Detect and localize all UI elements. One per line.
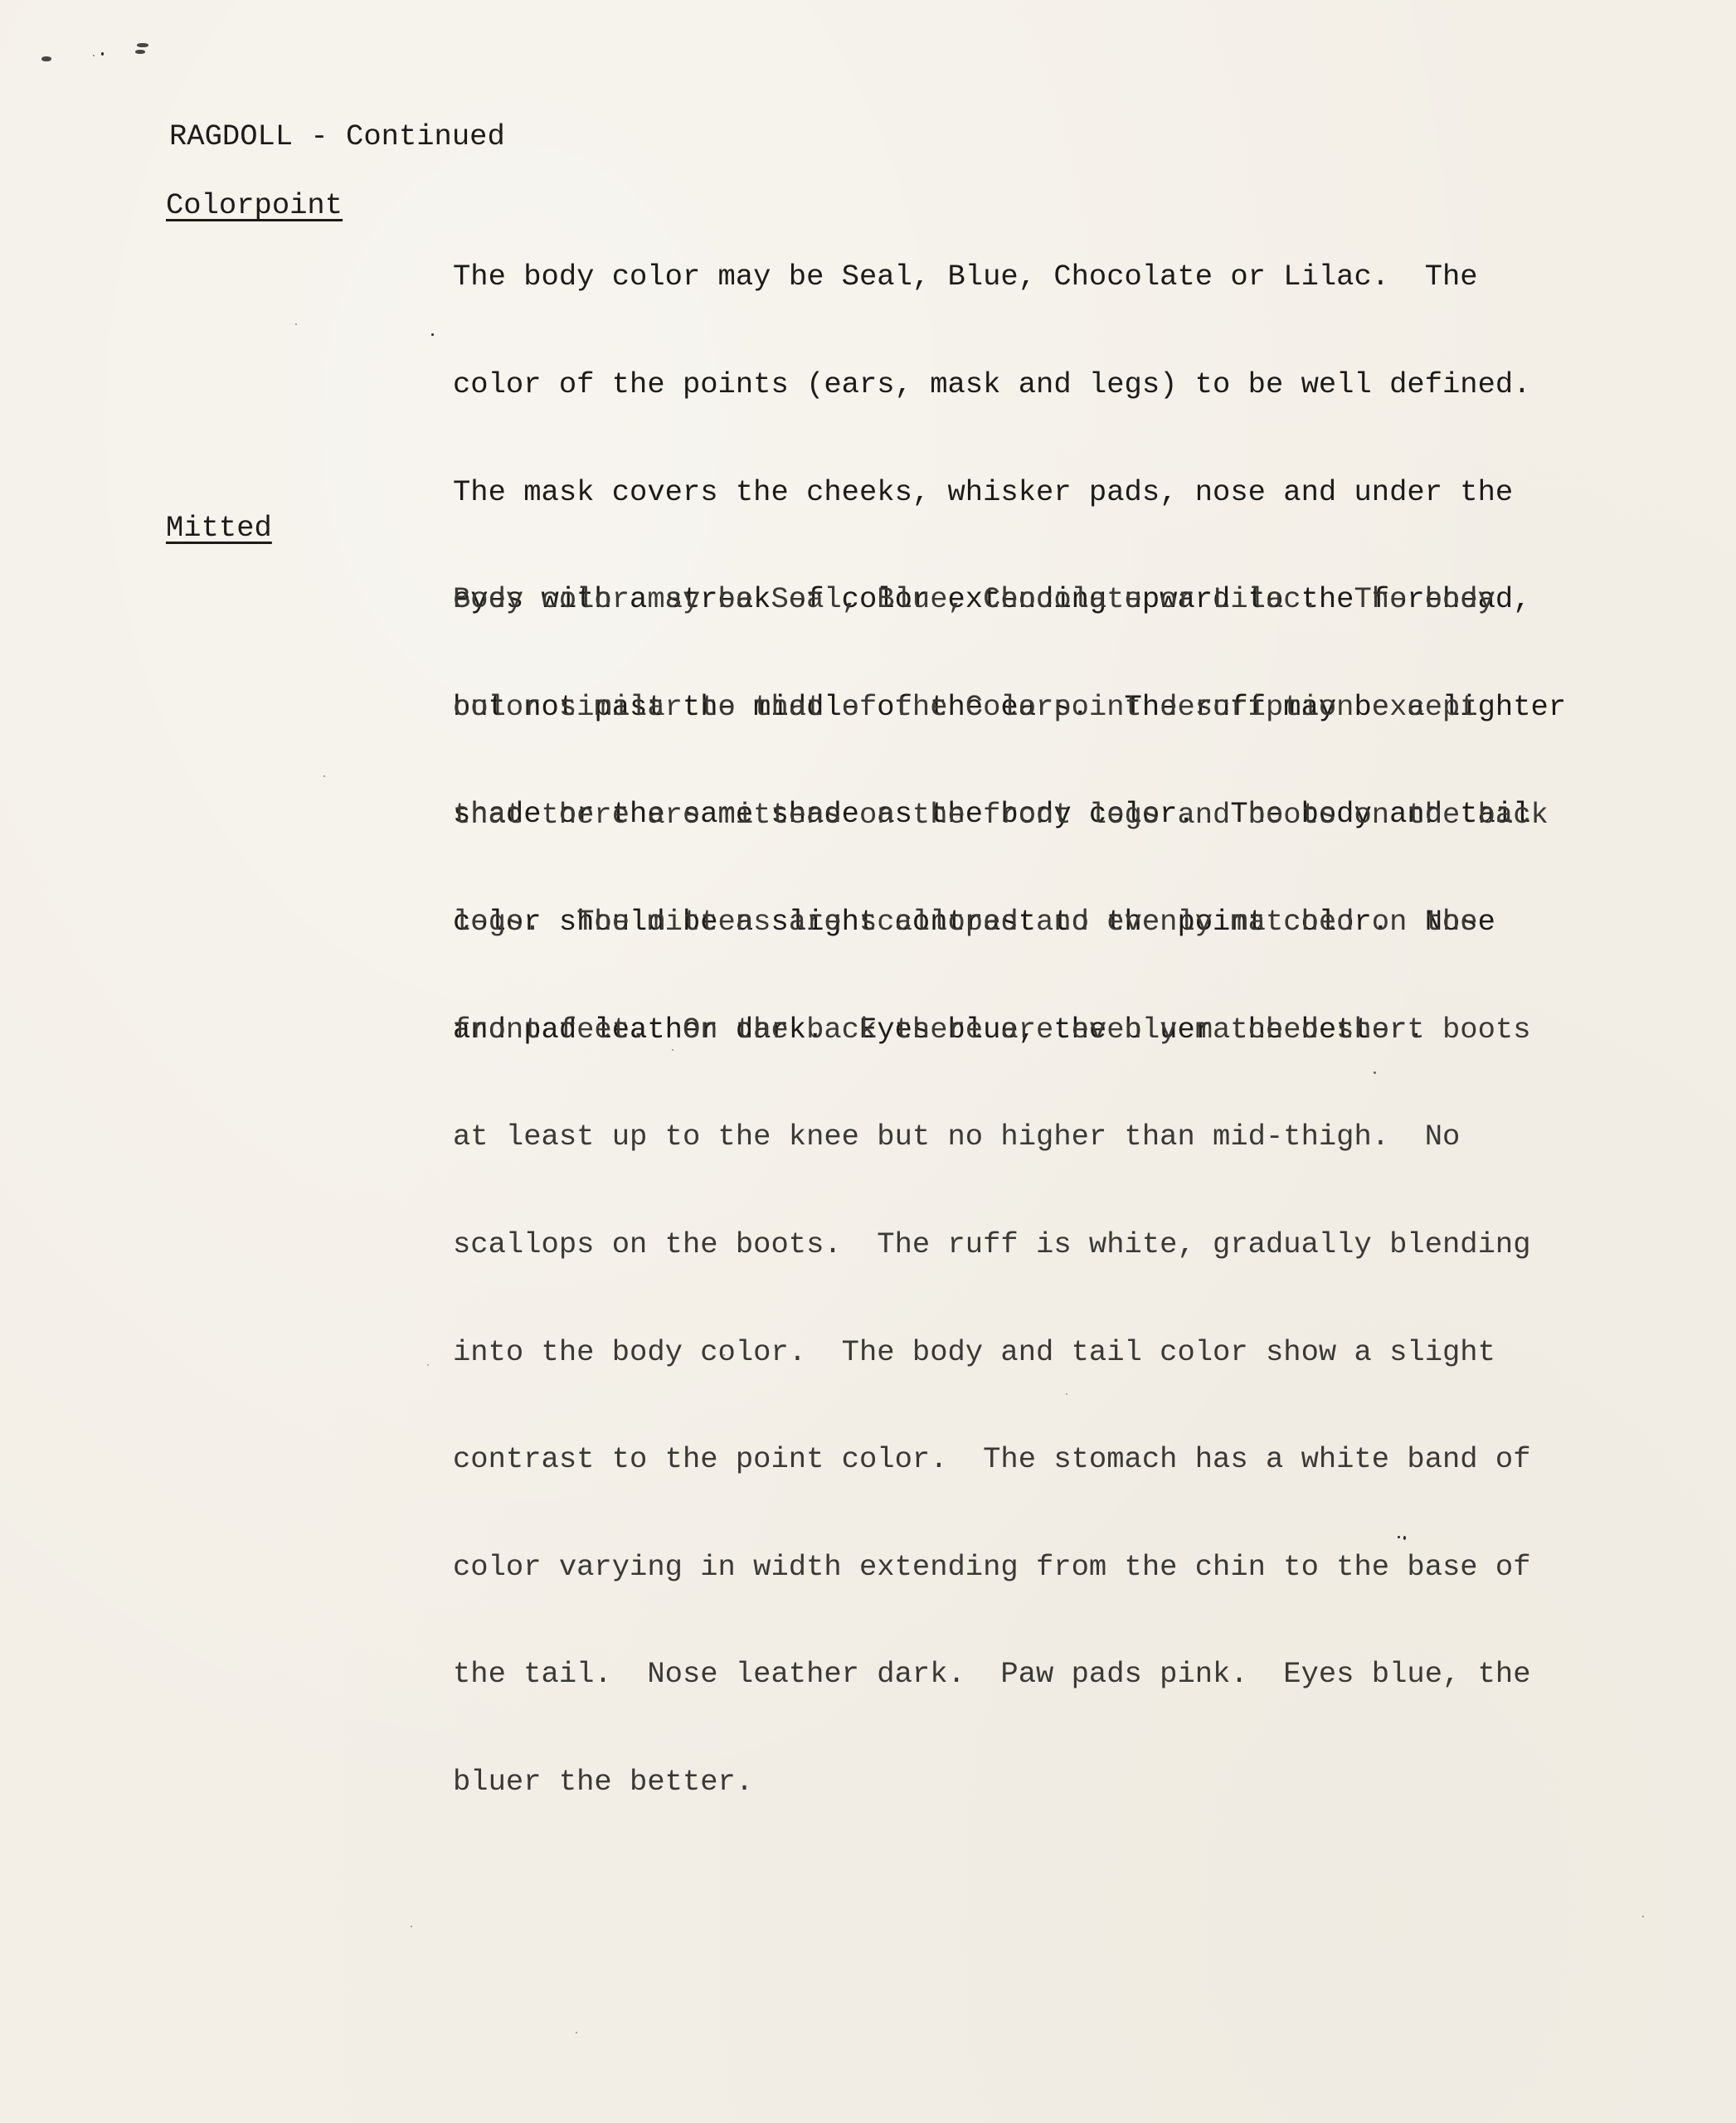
scan-speck: [1403, 1536, 1406, 1540]
scan-speck: [101, 52, 104, 56]
scan-speck: [323, 775, 325, 777]
text-line: legs. The mittens are scalloped and even…: [453, 904, 1549, 940]
scan-speck: [1066, 1393, 1067, 1395]
text-line: into the body color. The body and tail c…: [453, 1334, 1549, 1370]
text-line: The mask covers the cheeks, whisker pads…: [453, 474, 1566, 510]
scan-speck: [1642, 1916, 1644, 1917]
scan-speck: [1398, 1536, 1400, 1538]
scan-speck: [93, 55, 95, 56]
scan-smudge: [137, 43, 148, 47]
text-line: scallops on the boots. The ruff is white…: [453, 1227, 1549, 1262]
text-line: that there are mittens on the front legs…: [453, 797, 1549, 833]
scan-speck: [431, 333, 434, 336]
scan-speck: [411, 1926, 412, 1927]
text-line: the tail. Nose leather dark. Paw pads pi…: [453, 1656, 1549, 1692]
scan-speck: [672, 1049, 673, 1051]
scan-smudge: [135, 50, 145, 54]
scan-speck: [295, 323, 297, 325]
text-line: contrast to the point color. The stomach…: [453, 1441, 1549, 1477]
text-line: The body color may be Seal, Blue, Chocol…: [453, 259, 1566, 294]
scan-smudge: [41, 56, 51, 61]
text-line: at least up to the knee but no higher th…: [453, 1119, 1549, 1154]
text-line: color similar to that of the Colorpoint …: [453, 689, 1549, 725]
scan-speck: [1374, 1071, 1376, 1074]
text-line: color of the points (ears, mask and legs…: [453, 367, 1566, 402]
scan-speck: [427, 1364, 429, 1366]
section-label-mitted: Mitted: [166, 510, 272, 546]
text-line: color varying in width extending from th…: [453, 1549, 1549, 1585]
text-line: front feet. On the back there are evenly…: [453, 1012, 1549, 1047]
section-body-mitted: Body color may be Seal, Blue, Chocolate …: [453, 510, 1549, 1872]
section-label-colorpoint: Colorpoint: [166, 187, 343, 223]
page-heading: RAGDOLL - Continued: [169, 119, 505, 154]
document-page: RAGDOLL - Continued Colorpoint The body …: [0, 0, 1736, 2123]
scan-speck: [723, 1354, 725, 1356]
text-line: Body color may be Seal, Blue, Chocolate …: [453, 581, 1549, 617]
scan-speck: [576, 2032, 577, 2033]
text-line: bluer the better.: [453, 1764, 1549, 1800]
